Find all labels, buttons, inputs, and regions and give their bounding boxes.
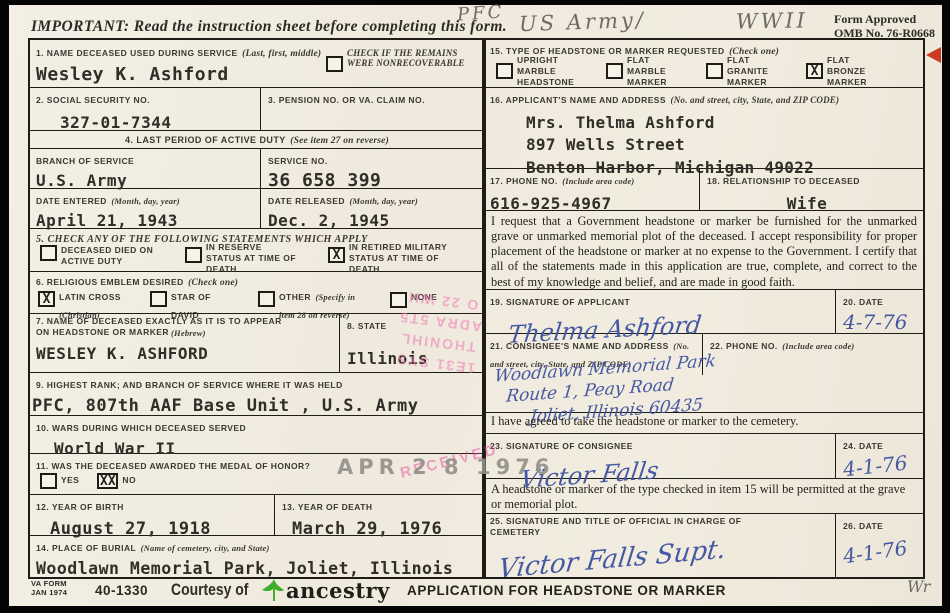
flat-bronze-label: FLAT BRONZE MARKER: [827, 55, 885, 88]
field-22-label: 22. PHONE NO.: [710, 341, 778, 351]
form-approved-line1: Form Approved: [834, 13, 935, 27]
field-18-label: 18. RELATIONSHIP TO DECEASED: [707, 176, 860, 186]
field-3-label: 3. PENSION NO. OR VA. CLAIM NO.: [268, 95, 425, 105]
field-4-label: 4. LAST PERIOD OF ACTIVE DUTY: [125, 135, 286, 145]
died-active-duty-label: DECEASED DIED ON ACTIVE DUTY: [61, 245, 166, 267]
field-2-label: 2. SOCIAL SECURITY NO.: [36, 95, 150, 105]
field-24-label: 24. DATE: [843, 441, 883, 451]
ancestry-leaf-icon: [261, 578, 285, 602]
field-9-label: 9. HIGHEST RANK; AND BRANCH OF SERVICE W…: [36, 380, 343, 390]
applicant-date: 4-7-76: [843, 310, 907, 334]
flat-granite-label: FLAT GRANITE MARKER: [727, 55, 787, 88]
field-16-label: 16. APPLICANT'S NAME AND ADDRESS: [490, 95, 666, 105]
date-released-label: DATE RELEASED: [268, 196, 345, 206]
ancestry-brand: ancestry: [286, 578, 390, 603]
field-4-branch-service-row: BRANCH OF SERVICE U.S. Army SERVICE NO. …: [30, 148, 484, 189]
field-12-label: 12. YEAR OF BIRTH: [36, 502, 124, 512]
star-of-david-checkbox: [150, 291, 167, 307]
courtesy-text: Courtesy of: [171, 580, 248, 600]
field-1-name-deceased: 1. NAME DECEASED USED DURING SERVICE (La…: [30, 40, 484, 88]
date-entered-sublabel: (Month, day, year): [111, 196, 179, 206]
field-13-label: 13. YEAR OF DEATH: [282, 502, 372, 512]
field-26-label: 26. DATE: [843, 521, 883, 531]
permitted-note-block: A headstone or marker of the type checke…: [484, 478, 923, 514]
branch-of-service-label: BRANCH OF SERVICE: [36, 156, 134, 166]
field-4-dates-row: DATE ENTERED (Month, day, year) April 21…: [30, 188, 484, 229]
corner-pencil-mark: Wr: [907, 577, 930, 596]
pencil-note-pfc: PFC: [456, 1, 505, 25]
applicant-street: 897 Wells Street: [526, 134, 919, 156]
field-14-sublabel: (Name of cemetery, city, and State): [141, 543, 270, 553]
certification-block: I request that a Government headstone or…: [484, 210, 923, 290]
upright-marble-checkbox: [496, 63, 513, 79]
medal-no-checkbox: XX: [97, 473, 118, 489]
applicant-name: Mrs. Thelma Ashford: [526, 112, 919, 134]
field-15-marker-type: 15. TYPE OF HEADSTONE OR MARKER REQUESTE…: [484, 40, 923, 88]
flat-marble-checkbox: [606, 63, 623, 79]
red-arrow-marker: [926, 47, 941, 63]
scanned-document: IMPORTANT: Read the instruction sheet be…: [0, 0, 950, 613]
fields-19-20-row: 19. SIGNATURE OF APPLICANT Thelma Ashfor…: [484, 289, 923, 334]
reserve-status-checkbox: [185, 247, 202, 263]
permitted-note-text: A headstone or marker of the type checke…: [491, 482, 917, 512]
form-number: 40-1330: [95, 583, 148, 598]
field-11-label: 11. WAS THE DECEASED AWARDED THE MEDAL O…: [36, 461, 310, 471]
field-19-label: 19. SIGNATURE OF APPLICANT: [490, 297, 630, 307]
remains-nonrecoverable-checkbox: [326, 56, 343, 72]
field-23-label: 23. SIGNATURE OF CONSIGNEE: [490, 441, 633, 451]
field-9-highest-rank: 9. HIGHEST RANK; AND BRANCH OF SERVICE W…: [30, 372, 484, 416]
fields-12-13-row: 12. YEAR OF BIRTH August 27, 1918 13. YE…: [30, 494, 484, 536]
upright-marble-label: UPRIGHT MARBLE HEADSTONE: [517, 55, 591, 88]
consignee-date: 4-1-76: [842, 451, 909, 482]
flat-marble-label: FLAT MARBLE MARKER: [627, 55, 685, 88]
field-14-label: 14. PLACE OF BURIAL: [36, 543, 136, 553]
field-22-sublabel: (Include area code): [782, 341, 854, 351]
other-emblem-checkbox: [258, 291, 275, 307]
other-emblem-label: OTHER: [279, 292, 311, 302]
va-form-id: VA FORM JAN 1974: [31, 579, 67, 597]
flat-granite-checkbox: [706, 63, 723, 79]
field-7-label: 7. NAME OF DECEASED EXACTLY AS IT IS TO …: [36, 316, 286, 338]
retired-status-checkbox: X: [328, 247, 345, 263]
fields-17-18-row: 17. PHONE NO. (Include area code) 616-92…: [484, 168, 923, 211]
pencil-note-usarmy: US Army/: [519, 8, 647, 36]
field-4-sublabel: (See item 27 on reverse): [290, 136, 389, 146]
medal-no-label: NO: [122, 475, 136, 486]
medal-yes-checkbox: [40, 473, 57, 489]
date-entered-label: DATE ENTERED: [36, 196, 107, 206]
field-10-label: 10. WARS DURING WHICH DECEASED SERVED: [36, 423, 246, 433]
field-10-wars: 10. WARS DURING WHICH DECEASED SERVED Wo…: [30, 415, 484, 454]
pencil-note-wwii: WWII: [736, 8, 808, 33]
field-7-value: WESLEY K. ASHFORD: [36, 343, 331, 365]
field-21-label: 21. CONSIGNEE'S NAME AND ADDRESS: [490, 341, 669, 351]
field-17-label: 17. PHONE NO.: [490, 176, 558, 186]
footer-title: APPLICATION FOR HEADSTONE OR MARKER: [407, 583, 726, 598]
latin-cross-checkbox: X: [38, 291, 55, 307]
field-20-label: 20. DATE: [843, 297, 883, 307]
field-14-value: Woodlawn Memorial Park, Joliet, Illinois: [36, 558, 480, 580]
field-1-label: 1. NAME DECEASED USED DURING SERVICE: [36, 48, 238, 58]
fields-2-3-row: 2. SOCIAL SECURITY NO. 327-01-7344 3. PE…: [30, 87, 484, 131]
service-no-label: SERVICE NO.: [268, 156, 328, 166]
medal-yes-label: YES: [61, 475, 79, 486]
died-active-duty-checkbox: [40, 245, 57, 261]
field-14-place-of-burial: 14. PLACE OF BURIAL (Name of cemetery, c…: [30, 535, 484, 577]
field-4-header: 4. LAST PERIOD OF ACTIVE DUTY (See item …: [30, 130, 484, 149]
field-17-sublabel: (Include area code): [562, 176, 634, 186]
form-paper: IMPORTANT: Read the instruction sheet be…: [9, 5, 942, 606]
agreed-note-text: I have agreed to take the headstone or m…: [491, 414, 917, 429]
date-released-sublabel: (Month, day, year): [349, 196, 417, 206]
agreed-note-block: I have agreed to take the headstone or m…: [484, 412, 923, 434]
remains-nonrecoverable-label: CHECK IF THE REMAINS WERE NONRECOVERABLE: [347, 48, 467, 72]
field-1-sublabel: (Last, first, middle): [242, 49, 321, 59]
certification-text: I request that a Government headstone or…: [491, 214, 917, 290]
official-date: 4-1-76: [842, 536, 909, 569]
flat-bronze-checkbox: X: [806, 63, 823, 79]
fields-25-26-row: 25. SIGNATURE AND TITLE OF OFFICIAL IN C…: [484, 513, 923, 577]
important-notice: IMPORTANT: Read the instruction sheet be…: [31, 18, 507, 36]
field-16-sublabel: (No. and street, city, State, and ZIP CO…: [671, 95, 840, 105]
field-16-applicant-address: 16. APPLICANT'S NAME AND ADDRESS (No. an…: [484, 87, 923, 169]
field-6-label: 6. RELIGIOUS EMBLEM DESIRED: [36, 277, 184, 287]
fields-21-22-row: 21. CONSIGNEE'S NAME AND ADDRESS (No. an…: [484, 333, 923, 413]
date-received-stamp: APR 2 8 1976: [337, 455, 554, 479]
latin-cross-label: LATIN CROSS: [59, 292, 121, 302]
field-8-label: 8. STATE: [347, 321, 387, 331]
pink-stamp: 1E31 SYS THONIHL ADRA 5T5 O 22 WH: [392, 285, 486, 379]
right-column: 15. TYPE OF HEADSTONE OR MARKER REQUESTE…: [482, 38, 925, 579]
field-5-statements: 5. CHECK ANY OF THE FOLLOWING STATEMENTS…: [30, 228, 484, 272]
